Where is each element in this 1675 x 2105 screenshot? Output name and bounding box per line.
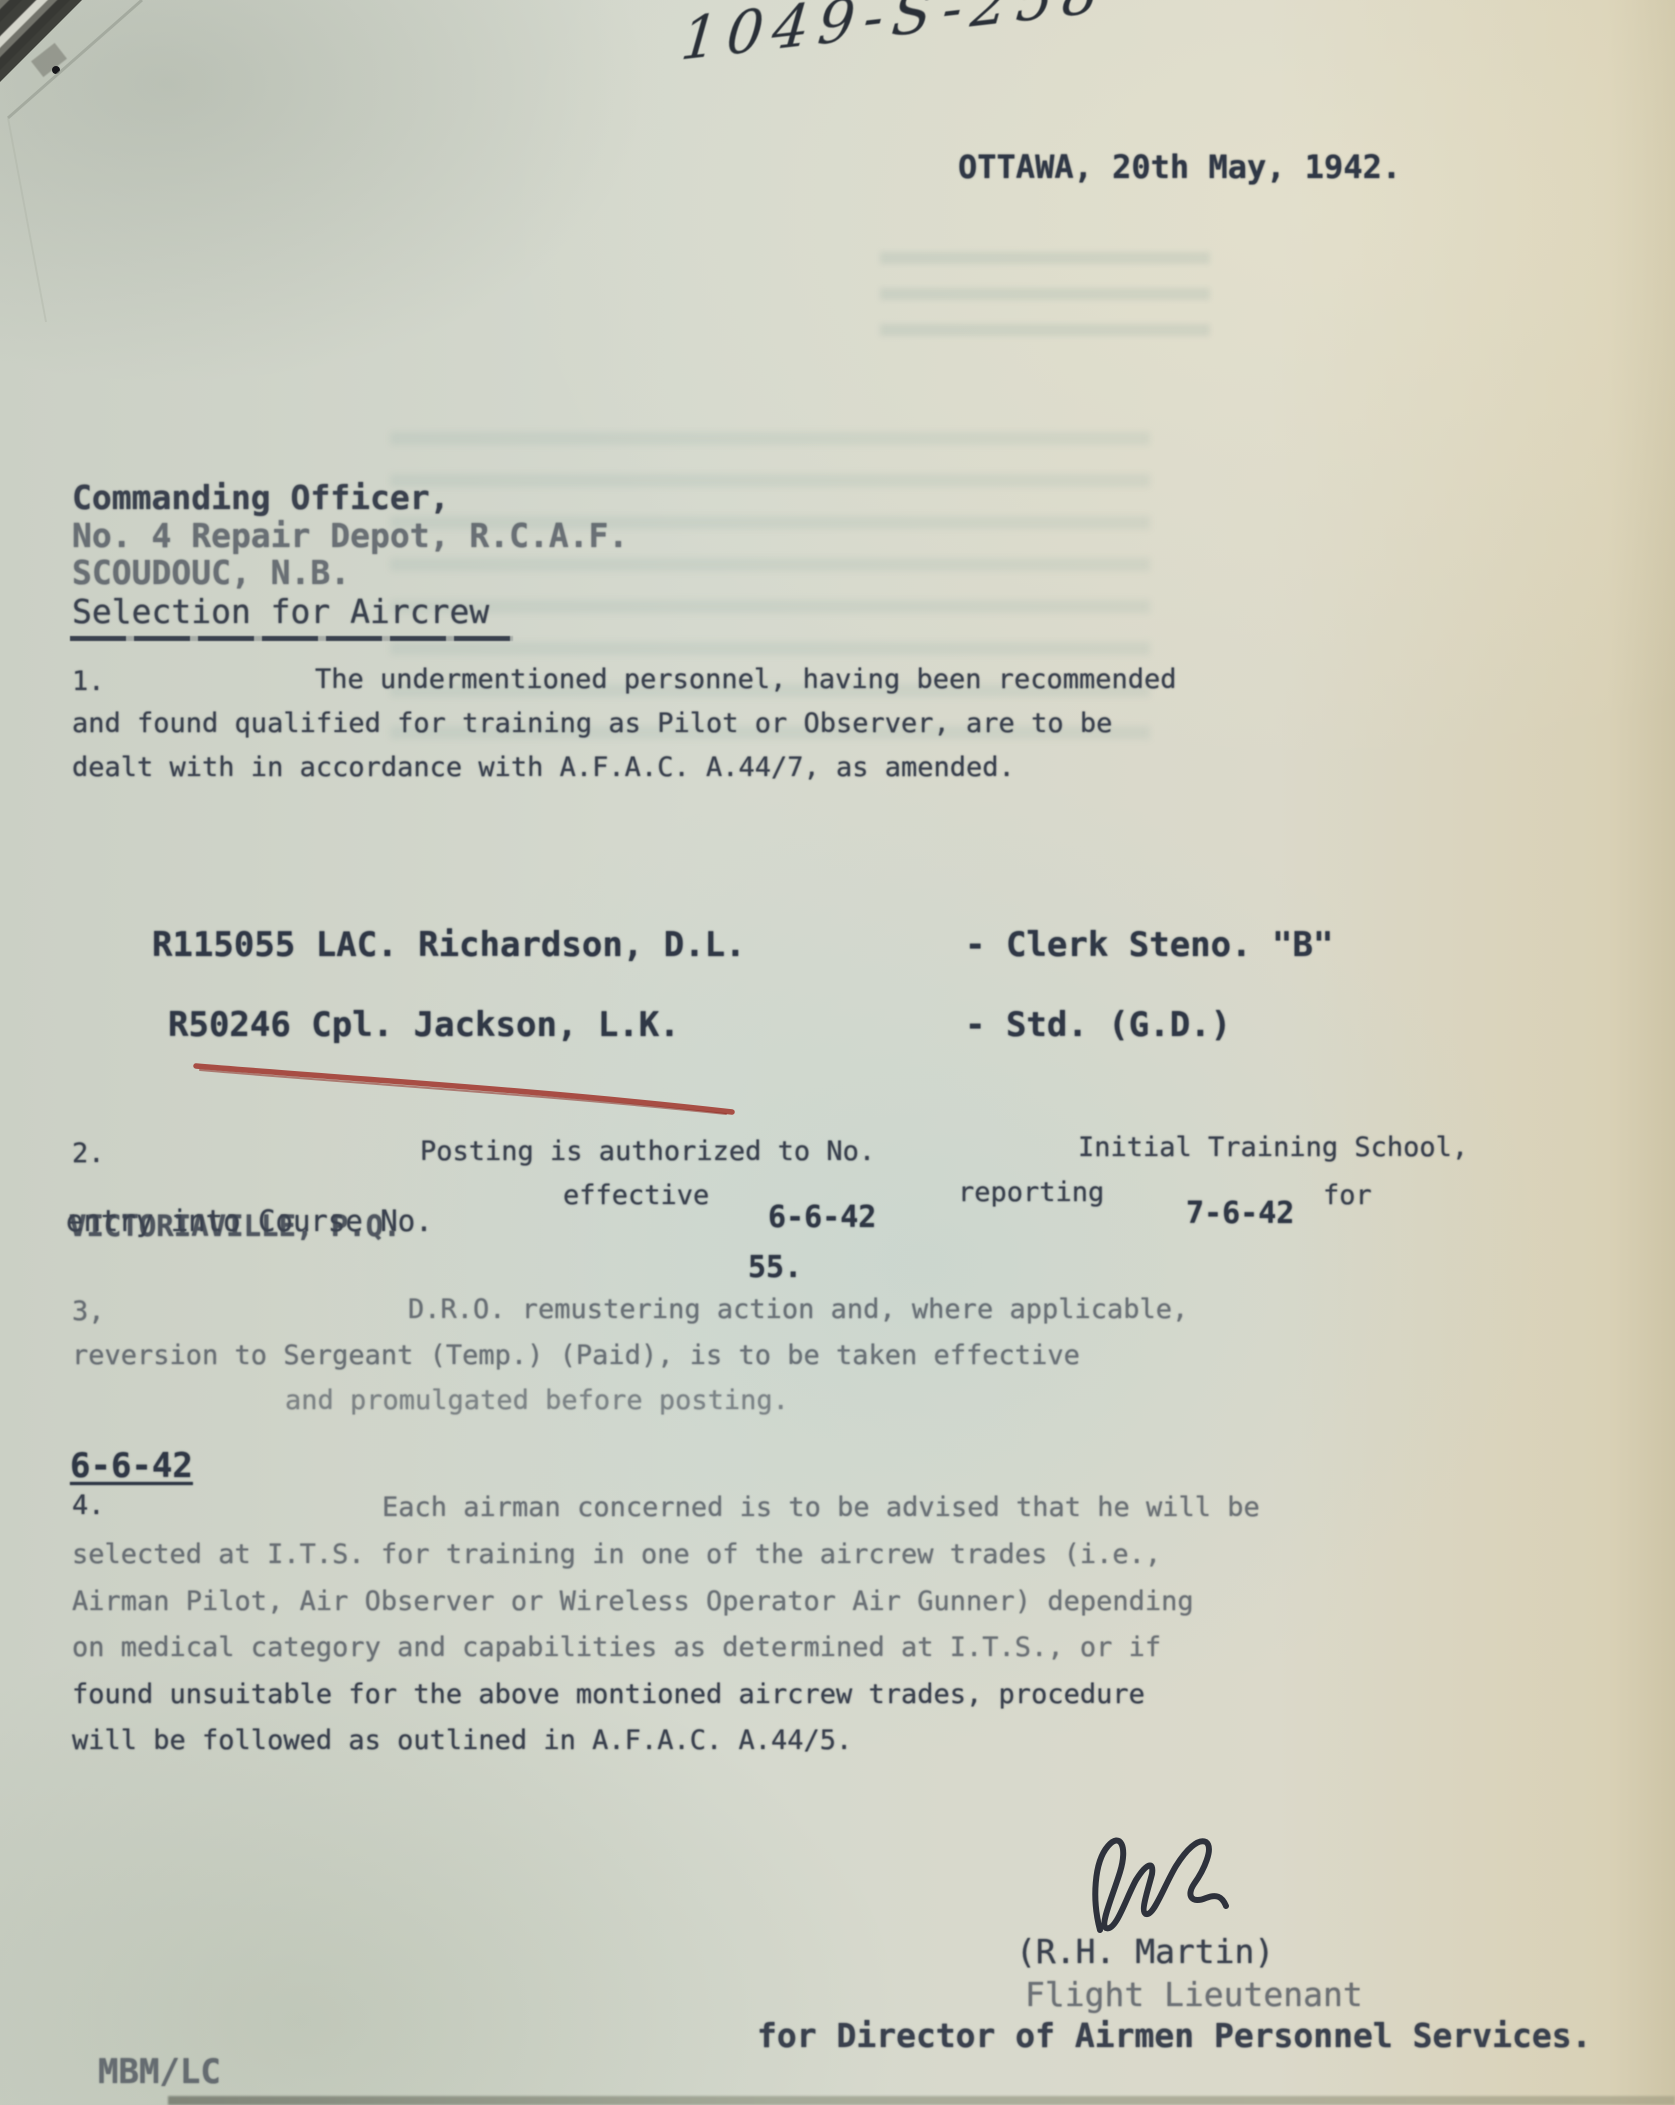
bottom-edge-shadow — [168, 2096, 1675, 2105]
para2-reporting-label: reporting — [958, 1177, 1104, 1208]
handwritten-file-number: 1049-S-258 — [678, 0, 1111, 74]
para4-line5: found unsuitable for the above montioned… — [72, 1679, 1145, 1710]
para4-line2: selected at I.T.S. for training in one o… — [72, 1539, 1161, 1570]
para1-number: 1. — [72, 666, 105, 697]
addressee-line-3: SCOUDOUC, N.B. — [72, 553, 350, 592]
para4-line6: will be followed as outlined in A.F.A.C.… — [72, 1725, 852, 1756]
ink-bleed-through-middle — [390, 432, 1150, 742]
typist-initials: MBM/LC — [98, 2052, 221, 2092]
para3-line1: D.R.O. remustering action and, where app… — [408, 1294, 1188, 1325]
personnel-trade-2: - Std. (G.D.) — [965, 1005, 1231, 1045]
addressee-line-2: No. 4 Repair Depot, R.C.A.F. — [72, 516, 628, 555]
personnel-trade-1: - Clerk Steno. "B" — [965, 925, 1333, 965]
addressee-line-1: Commanding Officer, — [72, 478, 450, 517]
corner-fold-line — [0, 0, 1675, 2105]
effective-date: 6-6-42 — [768, 1200, 876, 1235]
ink-bleed-through-top — [880, 252, 1210, 340]
signatory-rank: Flight Lieutenant — [1025, 1975, 1363, 2014]
para4-line3: Airman Pilot, Air Observer or Wireless O… — [72, 1586, 1194, 1617]
red-pencil-underline — [0, 0, 1675, 2105]
para1-line2: and found qualified for training as Pilo… — [72, 708, 1112, 739]
signatory-title: for Director of Airmen Personnel Service… — [757, 2016, 1591, 2055]
para2-for-label: for — [1323, 1180, 1372, 1211]
personnel-entry-1: R115055 LAC. Richardson, D.L. — [152, 925, 746, 965]
subject-line: Selection for Aircrew — [72, 592, 489, 631]
signature-scribble — [0, 0, 1675, 2105]
reporting-date: 7-6-42 — [1186, 1196, 1294, 1231]
signatory-name: (R.H. Martin) — [1016, 1932, 1274, 1971]
para4-line1: Each airman concerned is to be advised t… — [382, 1492, 1260, 1523]
course-number: 55. — [748, 1250, 802, 1285]
subject-underline — [70, 636, 513, 641]
para3-number: 3, — [72, 1296, 105, 1327]
personnel-entry-2: R50246 Cpl. Jackson, L.K. — [168, 1005, 680, 1045]
course-line-overtyped: VICTORIAVILLE, P.Q. — [69, 1209, 401, 1243]
effective-date-stamp: 6-6-42 — [70, 1446, 193, 1486]
scanned-letter-page: 1049-S-258 OTTAWA, 20th May, 1942. Comma… — [0, 0, 1675, 2105]
punch-hole-dot — [52, 66, 60, 74]
para1-line3: dealt with in accordance with A.F.A.C. A… — [72, 752, 1015, 783]
para4-line4: on medical category and capabilities as … — [72, 1632, 1161, 1663]
para2-phrase2: Initial Training School, — [1078, 1132, 1468, 1163]
para1-line1: The undermentioned personnel, having bee… — [315, 664, 1177, 695]
para4-number: 4. — [72, 1490, 105, 1521]
page-corner-stripe-decoration — [0, 0, 138, 136]
page-corner-chip — [31, 43, 67, 77]
dateline: OTTAWA, 20th May, 1942. — [958, 148, 1401, 186]
para3-line3: and promulgated before posting. — [285, 1385, 789, 1416]
para2-number: 2. — [72, 1138, 105, 1169]
overstruck-course-line: entry into Course No. VICTORIAVILLE, P.Q… — [66, 1204, 626, 1254]
para3-line2: reversion to Sergeant (Temp.) (Paid), is… — [72, 1340, 1080, 1371]
para2-phrase1: Posting is authorized to No. — [420, 1136, 875, 1167]
